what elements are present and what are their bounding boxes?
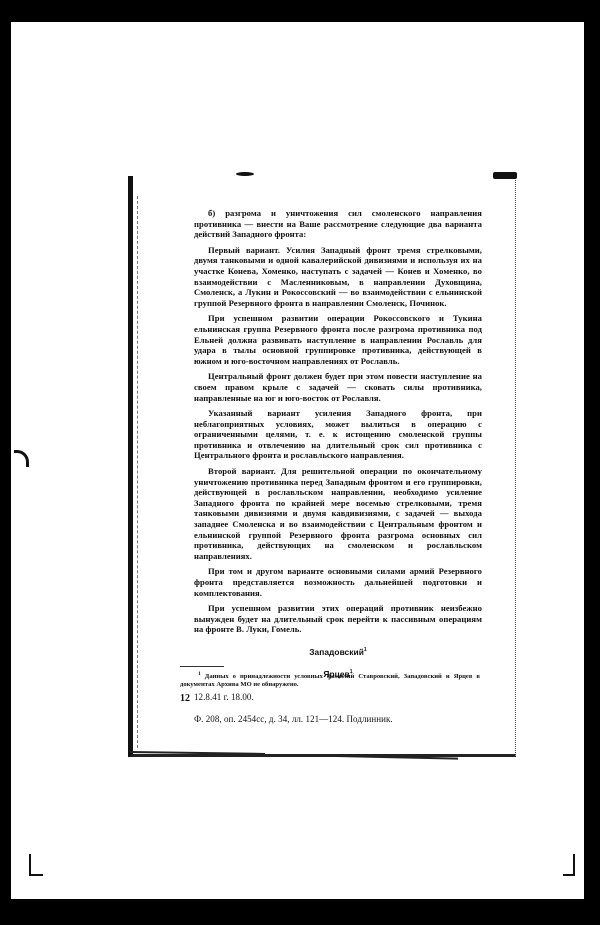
first-variant-heading: Первый вариант. [208, 245, 280, 255]
paragraph-yelnya-group: При успешном развитии операции Рокоссовс… [194, 313, 482, 366]
corner-mark-bottom-right-foot [563, 874, 575, 876]
footnote-divider [180, 666, 224, 667]
dateline: 12.8.41 г. 18.00. [194, 692, 482, 703]
paragraph-conclusion: При успешном развитии этих операций прот… [194, 603, 482, 635]
signature-zapadovsky: Западовский1 [194, 645, 482, 657]
corner-mark-bottom-left [29, 854, 31, 876]
paragraph-second-variant: Второй вариант. Для решительной операции… [194, 466, 482, 561]
paragraph-reserve-front: При том и другом варианте основными сила… [194, 566, 482, 598]
corner-mark-bottom-right [573, 854, 575, 876]
paragraph-first-variant: Первый вариант. Усилия Западный фронт тр… [194, 245, 482, 309]
paragraph-intro: б) разгрома и уничтожения сил смоленског… [194, 208, 482, 240]
second-variant-heading: Второй вариант. [208, 466, 276, 476]
ink-blot [493, 172, 517, 179]
footnote: 1 Данных о принадлежности условных фамил… [180, 670, 480, 689]
paragraph-central-front: Центральный фронт должен будет при этом … [194, 371, 482, 403]
paragraph-limited-aims: Указанный вариант усиления Западного фро… [194, 408, 482, 461]
document-body: б) разгрома и уничтожения сил смоленског… [194, 208, 482, 725]
ink-smudge [236, 172, 254, 176]
archive-reference: Ф. 208, оп. 2454сс, д. 34, лл. 121—124. … [194, 714, 482, 725]
page-number: 12 [180, 693, 190, 704]
corner-mark-bottom-left-foot [29, 874, 43, 876]
